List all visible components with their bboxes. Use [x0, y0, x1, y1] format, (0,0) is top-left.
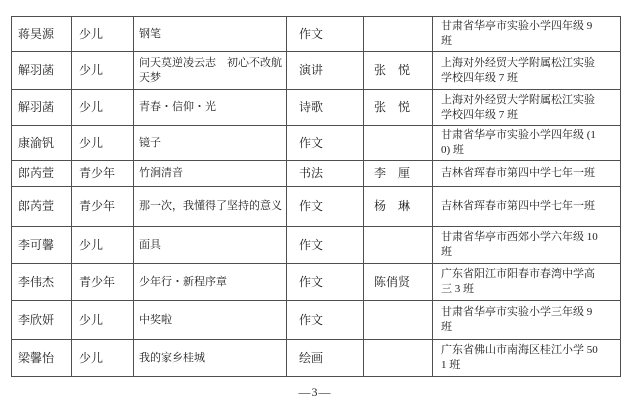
cell-age-group: 青少年 — [72, 161, 134, 187]
page-number: —3— — [0, 385, 630, 400]
cell-work-title: 钢笔 — [134, 17, 287, 52]
cell-school: 广东省佛山市南海区桂江小学 501 班 — [433, 340, 621, 377]
cell-instructor — [364, 17, 433, 52]
cell-instructor: 张 悦 — [364, 90, 433, 126]
cell-work-title: 那一次，我懂得了坚持的意义 — [134, 187, 287, 227]
cell-school: 吉林省珲春市第四中学七年一班 — [433, 161, 621, 187]
cell-instructor — [364, 340, 433, 377]
cell-category: 作文 — [287, 187, 364, 227]
cell-category: 作文 — [287, 227, 364, 264]
cell-school: 上海对外经贸大学附属松江实验学校四年级 7 班 — [433, 90, 621, 126]
cell-category: 诗歌 — [287, 90, 364, 126]
cell-work-title: 问天莫逆凌云志 初心不改航天梦 — [134, 52, 287, 90]
cell-name: 康渝钒 — [12, 126, 72, 161]
cell-category: 作文 — [287, 126, 364, 161]
table-row: 郎芮萱 青少年 那一次，我懂得了坚持的意义 作文 杨 琳 吉林省珲春市第四中学七… — [12, 187, 621, 227]
cell-school: 甘肃省华亭市实验小学三年级 9 班 — [433, 301, 621, 340]
cell-name: 郎芮萱 — [12, 187, 72, 227]
cell-name: 蒋昊源 — [12, 17, 72, 52]
table-row: 解羽菡 少儿 青春・信仰・光 诗歌 张 悦 上海对外经贸大学附属松江实验学校四年… — [12, 90, 621, 126]
cell-category: 书法 — [287, 161, 364, 187]
cell-age-group: 少儿 — [72, 340, 134, 377]
cell-instructor: 杨 琳 — [364, 187, 433, 227]
cell-instructor — [364, 227, 433, 264]
cell-name: 解羽菡 — [12, 90, 72, 126]
table-row: 康渝钒 少儿 镜子 作文 甘肃省华亭市实验小学四年级 (10) 班 — [12, 126, 621, 161]
cell-work-title: 面具 — [134, 227, 287, 264]
cell-age-group: 少儿 — [72, 126, 134, 161]
cell-name: 解羽菡 — [12, 52, 72, 90]
cell-work-title: 少年行・新程序章 — [134, 264, 287, 301]
cell-school: 上海对外经贸大学附属松江实验学校四年级 7 班 — [433, 52, 621, 90]
cell-school: 吉林省珲春市第四中学七年一班 — [433, 187, 621, 227]
cell-name: 李欣妍 — [12, 301, 72, 340]
cell-school: 甘肃省华亭市实验小学四年级 9 班 — [433, 17, 621, 52]
cell-name: 郎芮萱 — [12, 161, 72, 187]
cell-age-group: 青少年 — [72, 264, 134, 301]
award-entries-table: 蒋昊源 少儿 钢笔 作文 甘肃省华亭市实验小学四年级 9 班 解羽菡 少儿 问天… — [11, 16, 621, 377]
cell-category: 作文 — [287, 301, 364, 340]
table-row: 蒋昊源 少儿 钢笔 作文 甘肃省华亭市实验小学四年级 9 班 — [12, 17, 621, 52]
cell-age-group: 少儿 — [72, 90, 134, 126]
cell-instructor: 张 悦 — [364, 52, 433, 90]
cell-instructor — [364, 301, 433, 340]
cell-category: 作文 — [287, 264, 364, 301]
cell-work-title: 我的家乡桂城 — [134, 340, 287, 377]
cell-instructor: 陈俏贤 — [364, 264, 433, 301]
table-row: 李可馨 少儿 面具 作文 甘肃省华亭市西郊小学六年级 10 班 — [12, 227, 621, 264]
cell-school: 广东省阳江市阳春市春湾中学高三 3 班 — [433, 264, 621, 301]
cell-work-title: 竹涧清音 — [134, 161, 287, 187]
cell-work-title: 镜子 — [134, 126, 287, 161]
table-row: 李伟杰 青少年 少年行・新程序章 作文 陈俏贤 广东省阳江市阳春市春湾中学高三 … — [12, 264, 621, 301]
table-row: 郎芮萱 青少年 竹涧清音 书法 李 厘 吉林省珲春市第四中学七年一班 — [12, 161, 621, 187]
cell-work-title: 中奖啦 — [134, 301, 287, 340]
cell-age-group: 少儿 — [72, 52, 134, 90]
cell-category: 演讲 — [287, 52, 364, 90]
cell-category: 作文 — [287, 17, 364, 52]
cell-age-group: 青少年 — [72, 187, 134, 227]
cell-work-title: 青春・信仰・光 — [134, 90, 287, 126]
cell-school: 甘肃省华亭市西郊小学六年级 10 班 — [433, 227, 621, 264]
cell-category: 绘画 — [287, 340, 364, 377]
cell-school: 甘肃省华亭市实验小学四年级 (10) 班 — [433, 126, 621, 161]
cell-name: 梁馨怡 — [12, 340, 72, 377]
cell-age-group: 少儿 — [72, 227, 134, 264]
cell-name: 李可馨 — [12, 227, 72, 264]
table-row: 解羽菡 少儿 问天莫逆凌云志 初心不改航天梦 演讲 张 悦 上海对外经贸大学附属… — [12, 52, 621, 90]
table-row: 李欣妍 少儿 中奖啦 作文 甘肃省华亭市实验小学三年级 9 班 — [12, 301, 621, 340]
cell-instructor — [364, 126, 433, 161]
cell-age-group: 少儿 — [72, 17, 134, 52]
document-page: 蒋昊源 少儿 钢笔 作文 甘肃省华亭市实验小学四年级 9 班 解羽菡 少儿 问天… — [0, 0, 630, 414]
cell-age-group: 少儿 — [72, 301, 134, 340]
cell-instructor: 李 厘 — [364, 161, 433, 187]
cell-name: 李伟杰 — [12, 264, 72, 301]
table-row: 梁馨怡 少儿 我的家乡桂城 绘画 广东省佛山市南海区桂江小学 501 班 — [12, 340, 621, 377]
